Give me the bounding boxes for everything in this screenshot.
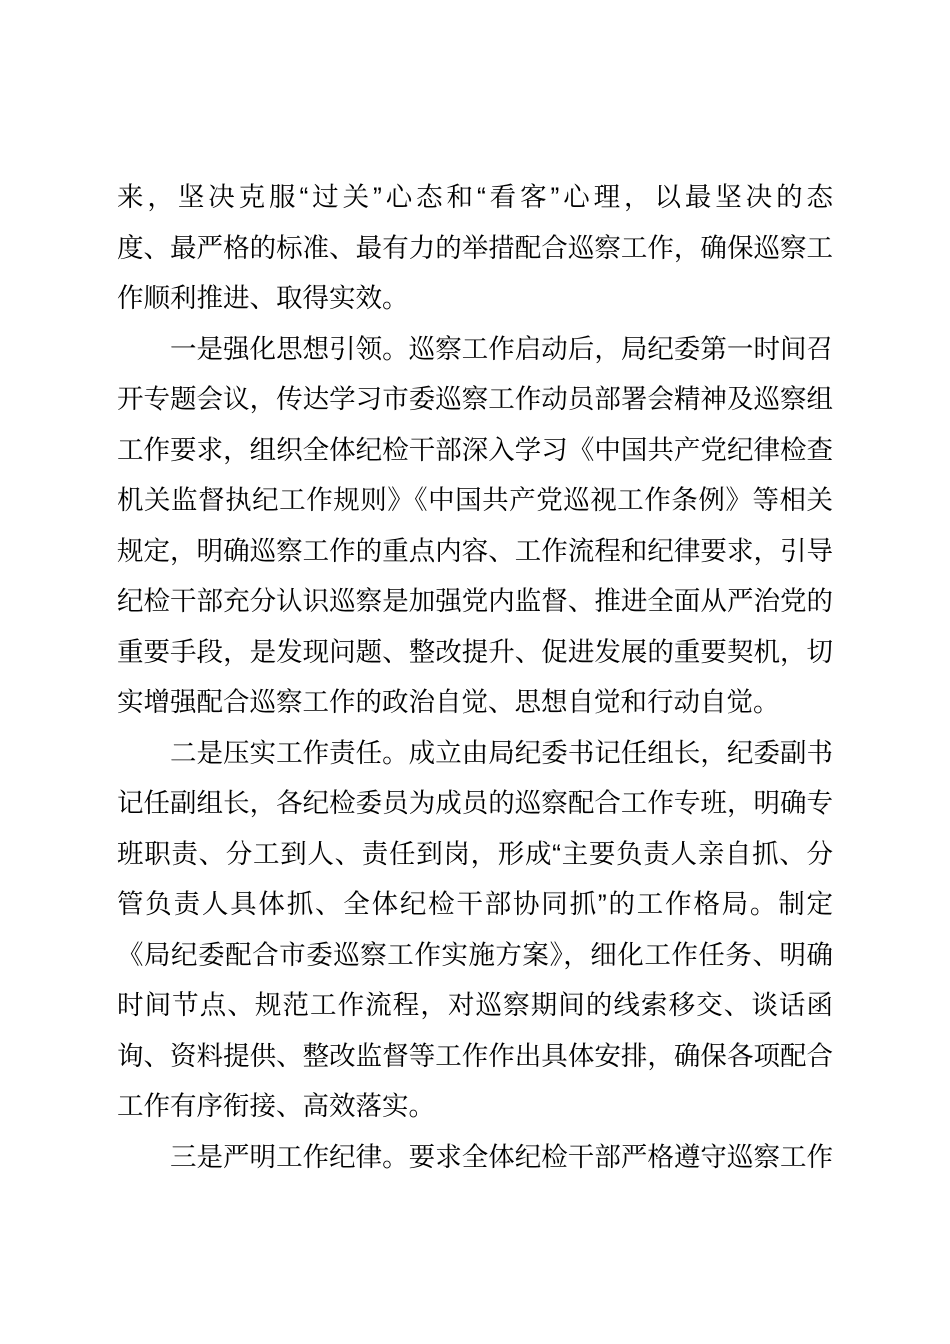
text-line: 三是严明工作纪律。要求全体纪检干部严格遵守巡察工作 (117, 1132, 833, 1183)
paragraph: 三是严明工作纪律。要求全体纪检干部严格遵守巡察工作 (117, 1132, 833, 1183)
text-line: 询、资料提供、整改监督等工作作出具体安排，确保各项配合 (117, 1031, 833, 1082)
text-line: 时间节点、规范工作流程，对巡察期间的线索移交、谈话函 (117, 980, 833, 1031)
text-line: 《局纪委配合市委巡察工作实施方案》，细化工作任务、明确 (117, 930, 833, 981)
text-line: 作顺利推进、取得实效。 (117, 273, 833, 324)
text-line: 记任副组长，各纪检委员为成员的巡察配合工作专班，明确专 (117, 778, 833, 829)
text-line: 纪检干部充分认识巡察是加强党内监督、推进全面从严治党的 (117, 576, 833, 627)
paragraph: 一是强化思想引领。巡察工作启动后，局纪委第一时间召开专题会议，传达学习市委巡察工… (117, 324, 833, 728)
text-line: 机关监督执纪工作规则》《中国共产党巡视工作条例》等相关 (117, 475, 833, 526)
text-line: 重要手段，是发现问题、整改提升、促进发展的重要契机，切 (117, 627, 833, 678)
text-line: 来，坚决克服“过关”心态和“看客”心理，以最坚决的态 (117, 172, 833, 223)
text-line: 工作要求，组织全体纪检干部深入学习《中国共产党纪律检查 (117, 425, 833, 476)
document-page: 来，坚决克服“过关”心态和“看客”心理，以最坚决的态度、最严格的标准、最有力的举… (0, 0, 950, 1344)
paragraph: 二是压实工作责任。成立由局纪委书记任组长，纪委副书记任副组长，各纪检委员为成员的… (117, 728, 833, 1132)
text-line: 规定，明确巡察工作的重点内容、工作流程和纪律要求，引导 (117, 526, 833, 577)
document-body: 来，坚决克服“过关”心态和“看客”心理，以最坚决的态度、最严格的标准、最有力的举… (117, 172, 833, 1182)
paragraph: 来，坚决克服“过关”心态和“看客”心理，以最坚决的态度、最严格的标准、最有力的举… (117, 172, 833, 324)
text-line: 二是压实工作责任。成立由局纪委书记任组长，纪委副书 (117, 728, 833, 779)
text-line: 管负责人具体抓、全体纪检干部协同抓”的工作格局。制定 (117, 879, 833, 930)
text-line: 工作有序衔接、高效落实。 (117, 1081, 833, 1132)
text-line: 开专题会议，传达学习市委巡察工作动员部署会精神及巡察组 (117, 374, 833, 425)
text-line: 班职责、分工到人、责任到岗，形成“主要负责人亲自抓、分 (117, 829, 833, 880)
text-line: 度、最严格的标准、最有力的举措配合巡察工作，确保巡察工 (117, 223, 833, 274)
text-line: 一是强化思想引领。巡察工作启动后，局纪委第一时间召 (117, 324, 833, 375)
text-line: 实增强配合巡察工作的政治自觉、思想自觉和行动自觉。 (117, 677, 833, 728)
